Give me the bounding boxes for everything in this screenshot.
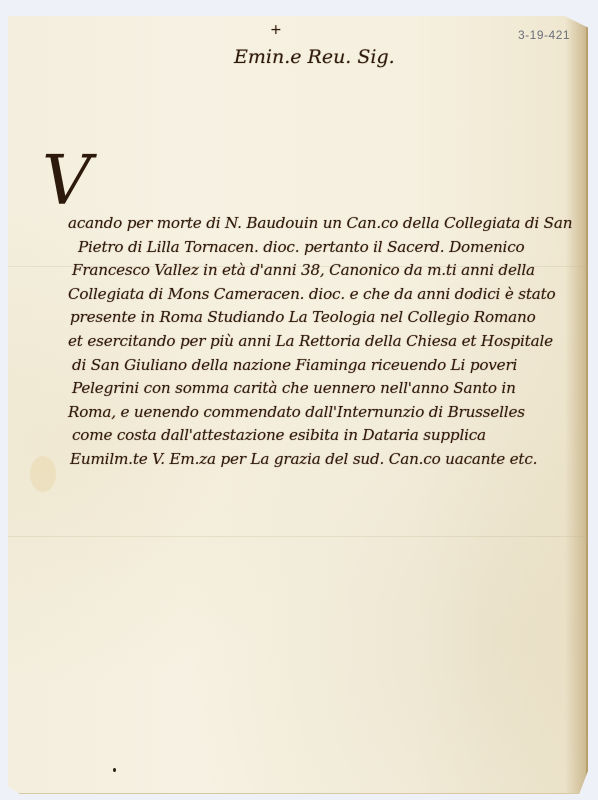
body-line: di San Giuliano della nazione Fiaminga r… xyxy=(48,354,593,378)
salutation-text: Emin.e Reu. Sig. xyxy=(234,46,395,68)
body-line: Pietro di Lilla Tornacen. dioc. pertanto… xyxy=(48,236,593,260)
ink-spot xyxy=(113,768,116,772)
body-line: Collegiata di Mons Cameracen. dioc. e ch… xyxy=(48,283,593,307)
decorated-initial: V xyxy=(42,148,91,216)
body-line: Roma, e uenendo commendato dall'Internun… xyxy=(48,401,593,425)
body-line: Eumilm.te V. Em.za per La grazia del sud… xyxy=(48,448,593,472)
body-line: come costa dall'attestazione esibita in … xyxy=(48,424,593,448)
body-line: presente in Roma Studiando La Teologia n… xyxy=(48,306,593,330)
paper-sheet: 3-19-421 + Emin.e Reu. Sig. V acando per… xyxy=(8,16,588,794)
letter-body: acando per morte di N. Baudouin un Can.c… xyxy=(48,212,593,472)
scanned-document: 3-19-421 + Emin.e Reu. Sig. V acando per… xyxy=(0,0,598,800)
salutation: Emin.e Reu. Sig. xyxy=(234,46,395,68)
body-line: Francesco Vallez in età d'anni 38, Canon… xyxy=(48,259,593,283)
paper-fold-line xyxy=(8,536,588,537)
archive-number: 3-19-421 xyxy=(518,28,570,42)
cross-mark: + xyxy=(270,22,282,38)
body-line: et esercitando per più anni La Rettoria … xyxy=(48,330,593,354)
body-line: acando per morte di N. Baudouin un Can.c… xyxy=(48,212,593,236)
body-line: Pelegrini con somma carità che uennero n… xyxy=(48,377,593,401)
